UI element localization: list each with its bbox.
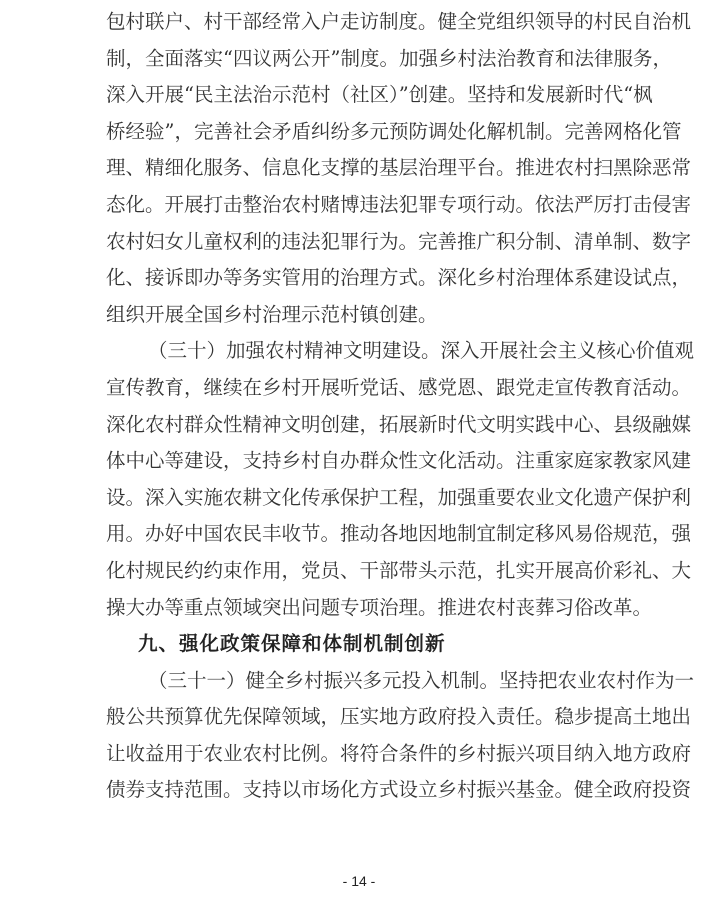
text-line: 般公共预算优先保障领域，压实地方政府投入责任。稳步提高土地出 [106, 699, 614, 736]
text-line: 宣传教育，继续在乡村开展听党话、感党恩、跟党走宣传教育活动。 [106, 370, 614, 407]
page-number: - 14 - [0, 873, 718, 889]
text-line: 制，全面落实“四议两公开”制度。加强乡村法治教育和法律服务， [106, 41, 614, 78]
paragraph-31-investment-mechanism: （三十一）健全乡村振兴多元投入机制。坚持把农业农村作为一 般公共预算优先保障领域… [106, 663, 614, 809]
text-line: 深化农村群众性精神文明创建，拓展新时代文明实践中心、县级融媒 [106, 407, 614, 444]
paragraph-rural-governance: 包村联户、村干部经常入户走访制度。健全党组织领导的村民自治机 制，全面落实“四议… [106, 4, 614, 333]
text-line: 体中心等建设，支持乡村自办群众性文化活动。注重家庭家教家风建 [106, 443, 614, 480]
text-line: 桥经验”，完善社会矛盾纠纷多元预防调处化解机制。完善网格化管 [106, 114, 614, 151]
text-line: 组织开展全国乡村治理示范村镇创建。 [106, 297, 614, 334]
text-line: 操大办等重点领域突出问题专项治理。推进农村丧葬习俗改革。 [106, 590, 614, 627]
text-line: 包村联户、村干部经常入户走访制度。健全党组织领导的村民自治机 [106, 4, 614, 41]
text-line: 态化。开展打击整治农村赌博违法犯罪专项行动。依法严厉打击侵害 [106, 187, 614, 224]
text-line: （三十一）健全乡村振兴多元投入机制。坚持把农业农村作为一 [106, 663, 614, 700]
section-heading: 九、强化政策保障和体制机制创新 [106, 626, 614, 663]
text-line: （三十）加强农村精神文明建设。深入开展社会主义核心价值观 [106, 333, 614, 370]
text-line: 让收益用于农业农村比例。将符合条件的乡村振兴项目纳入地方政府 [106, 736, 614, 773]
text-line: 化村规民约约束作用，党员、干部带头示范，扎实开展高价彩礼、大 [106, 553, 614, 590]
text-line: 设。深入实施农耕文化传承保护工程，加强重要农业文化遗产保护利 [106, 480, 614, 517]
text-line: 深入开展“民主法治示范村（社区）”创建。坚持和发展新时代“枫 [106, 77, 614, 114]
text-line: 理、精细化服务、信息化支撑的基层治理平台。推进农村扫黑除恶常 [106, 150, 614, 187]
text-line: 化、接诉即办等务实管用的治理方式。深化乡村治理体系建设试点， [106, 260, 614, 297]
text-line: 农村妇女儿童权利的违法犯罪行为。完善推广积分制、清单制、数字 [106, 224, 614, 261]
document-page: 包村联户、村干部经常入户走访制度。健全党组织领导的村民自治机 制，全面落实“四议… [106, 4, 614, 809]
text-line: 用。办好中国农民丰收节。推动各地因地制宜制定移风易俗规范，强 [106, 516, 614, 553]
text-line: 债券支持范围。支持以市场化方式设立乡村振兴基金。健全政府投资 [106, 772, 614, 809]
paragraph-30-spiritual-civilization: （三十）加强农村精神文明建设。深入开展社会主义核心价值观 宣传教育，继续在乡村开… [106, 333, 614, 626]
